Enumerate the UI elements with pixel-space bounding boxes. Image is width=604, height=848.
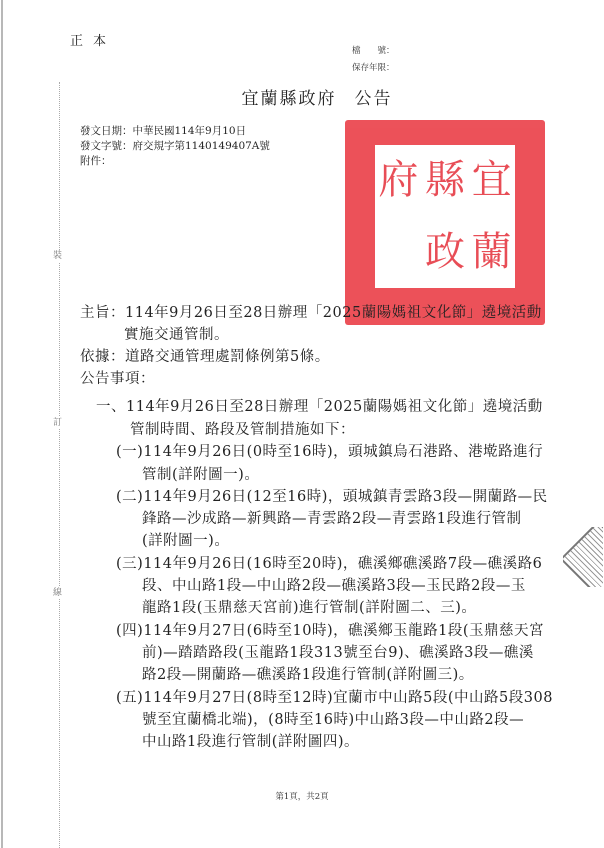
issuer-name: 宜蘭縣政府	[242, 89, 337, 109]
sub-item-1-line-2: 管制(詳附圖一)。	[142, 464, 259, 486]
sub-item-2-line-2: 鋒路—沙成路—新興路—青雲路2段—青雲路1段進行管制	[142, 508, 521, 530]
seal-glyph: 縣	[422, 145, 469, 217]
sub-item-4-line-3: 路2段—開蘭路—礁溪路1段進行管制(詳附圖三)。	[142, 664, 474, 686]
page-title: 宜蘭縣政府公告	[0, 84, 604, 109]
seal-glyph: 府	[375, 145, 422, 217]
sub-item-4-line-1: (四)114年9月27日(6時至10時)，礁溪鄉玉龍路1段(玉鼎慈天宮	[116, 620, 544, 642]
sub-item-4-line-2: 前)—踏踏路段(玉龍路1段313號至台9)、礁溪路3段—礁溪	[142, 642, 534, 664]
issue-number: 發文字號：府交規字第1140149407A號	[80, 139, 270, 153]
seal-glyph	[375, 217, 422, 289]
doc-type: 公告	[355, 89, 393, 109]
issue-date: 發文日期：中華民國114年9月10日	[80, 124, 246, 138]
item-1-line-1: 一、114年9月26日至28日辦理「2025蘭陽媽祖文化節」遶境活動	[96, 396, 543, 418]
sub-item-3-line-1: (三)114年9月26日(16時至20時)，礁溪鄉礁溪路7段—礁溪路6	[116, 553, 542, 575]
item-1-line-2: 管制時間、路段及管制措施如下：	[130, 419, 355, 441]
subject-line-2: 實施交通管制。	[124, 324, 229, 346]
official-seal: 府 縣 宜 政 蘭	[345, 120, 545, 325]
subject-line-1: 主旨：114年9月26日至28日辦理「2025蘭陽媽祖文化節」遶境活動	[80, 302, 542, 324]
sub-item-3-line-3: 龍路1段(玉鼎慈天宮前)進行管制(詳附圖二、三)。	[142, 597, 476, 619]
binding-mark-ding: 訂	[53, 417, 62, 429]
sub-item-2-line-1: (二)114年9月26日(12至16時)，頭城鎮青雲路3段—開蘭路—民	[116, 486, 548, 508]
seal-glyph: 政	[422, 217, 469, 289]
seal-glyph: 蘭	[468, 217, 515, 289]
binding-mark-zhuang: 裝	[53, 250, 62, 262]
sub-item-5-line-3: 中山路1段進行管制(詳附圖四)。	[142, 731, 359, 753]
sub-item-3-line-2: 段、中山路1段—中山路2段—礁溪路3段—玉民路2段—玉	[142, 575, 526, 597]
seal-glyph: 宜	[468, 145, 515, 217]
sub-item-2-line-3: (詳附圖一)。	[142, 530, 229, 552]
scan-edge	[1, 0, 3, 848]
seal-inner: 府 縣 宜 政 蘭	[375, 145, 515, 288]
sub-item-1-line-1: (一)114年9月26日(0時至16時)，頭城鎮烏石港路、港墘路進行	[116, 441, 543, 463]
sub-item-5-line-2: 號至宜蘭橋北端)，(8時至16時)中山路3段—中山路2段—	[142, 709, 524, 731]
file-number-label: 檔 號：	[352, 44, 395, 56]
copy-label: 正本	[70, 30, 116, 49]
attachment-label: 附件：	[80, 154, 112, 168]
edge-seal-fragment	[563, 527, 603, 587]
announcement-heading: 公告事項：	[80, 368, 155, 390]
sub-item-5-line-1: (五)114年9月27日(8時至12時)宜蘭市中山路5段(中山路5段308	[116, 687, 553, 709]
binding-mark-xian: 線	[53, 587, 62, 599]
basis: 依據：道路交通管理處罰條例第5條。	[80, 346, 330, 368]
retention-label: 保存年限：	[352, 61, 395, 73]
binding-line	[59, 82, 60, 848]
page-footer: 第1頁，共2頁	[0, 790, 604, 802]
